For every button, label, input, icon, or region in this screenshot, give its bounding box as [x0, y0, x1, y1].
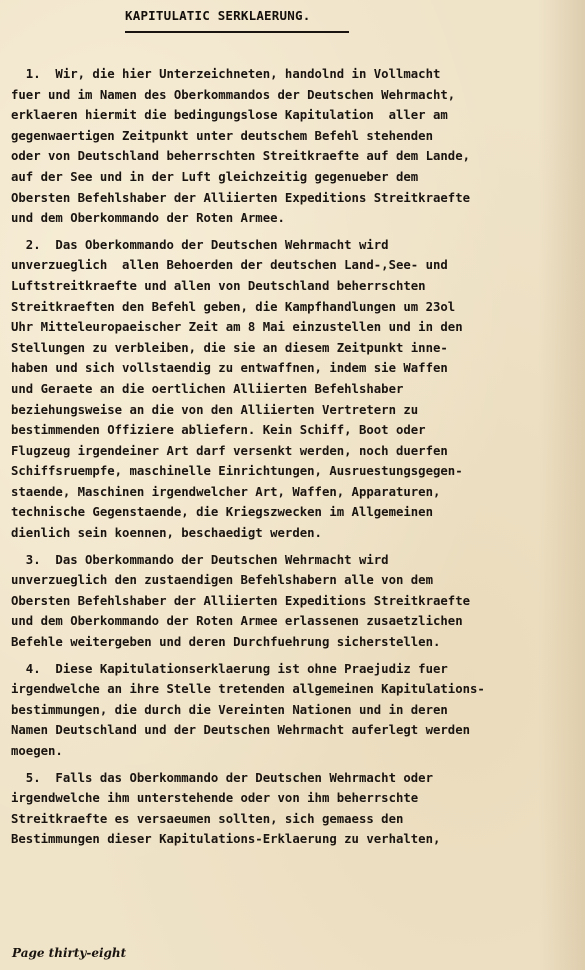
document-header: KAPITULATIC SERKLAERUNG.	[125, 8, 349, 33]
text-line: bestimmungen, die durch die Vereinten Na…	[11, 700, 571, 721]
text-line: 1. Wir, die hier Unterzeichneten, handol…	[11, 64, 571, 85]
text-line: staende, Maschinen irgendwelcher Art, Wa…	[11, 482, 571, 503]
text-line: erklaeren hiermit die bedingungslose Kap…	[11, 105, 571, 126]
text-line: dienlich sein koennen, beschaedigt werde…	[11, 523, 571, 544]
text-line: und dem Oberkommando der Roten Armee.	[11, 208, 571, 229]
text-line: fuer und im Namen des Oberkommandos der …	[11, 85, 571, 106]
document-title: KAPITULATIC SERKLAERUNG.	[125, 8, 349, 23]
paragraph-4: 4. Diese Kapitulationserklaerung ist ohn…	[11, 659, 571, 762]
text-line: 2. Das Oberkommando der Deutschen Wehrma…	[11, 235, 571, 256]
text-line: bestimmenden Offiziere abliefern. Kein S…	[11, 420, 571, 441]
paragraph-2: 2. Das Oberkommando der Deutschen Wehrma…	[11, 235, 571, 544]
text-line: unverzueglich allen Behoerden der deutsc…	[11, 255, 571, 276]
text-line: Obersten Befehlshaber der Alliierten Exp…	[11, 591, 571, 612]
text-line: 3. Das Oberkommando der Deutschen Wehrma…	[11, 550, 571, 571]
text-line: gegenwaertigen Zeitpunkt unter deutschem…	[11, 126, 571, 147]
text-line: Luftstreitkraefte und allen von Deutschl…	[11, 276, 571, 297]
text-line: und dem Oberkommando der Roten Armee erl…	[11, 611, 571, 632]
text-line: beziehungsweise an die von den Alliierte…	[11, 400, 571, 421]
text-line: Streitkraefte es versaeumen sollten, sic…	[11, 809, 571, 830]
text-line: oder von Deutschland beherrschten Streit…	[11, 146, 571, 167]
text-line: Streitkraeften den Befehl geben, die Kam…	[11, 297, 571, 318]
paragraph-3: 3. Das Oberkommando der Deutschen Wehrma…	[11, 550, 571, 653]
text-line: moegen.	[11, 741, 571, 762]
text-line: Uhr Mitteleuropaeischer Zeit am 8 Mai ei…	[11, 317, 571, 338]
text-line: 4. Diese Kapitulationserklaerung ist ohn…	[11, 659, 571, 680]
text-line: Stellungen zu verbleiben, die sie an die…	[11, 338, 571, 359]
text-line: Bestimmungen dieser Kapitulations-Erklae…	[11, 829, 571, 850]
text-line: auf der See und in der Luft gleichzeitig…	[11, 167, 571, 188]
paragraph-1: 1. Wir, die hier Unterzeichneten, handol…	[11, 64, 571, 229]
page-number: Page thirty-eight	[12, 946, 126, 960]
text-line: Schiffsruempfe, maschinelle Einrichtunge…	[11, 461, 571, 482]
text-line: Befehle weitergeben und deren Durchfuehr…	[11, 632, 571, 653]
text-line: technische Gegenstaende, die Kriegszweck…	[11, 502, 571, 523]
paragraph-5: 5. Falls das Oberkommando der Deutschen …	[11, 768, 571, 850]
text-line: Flugzeug irgendeiner Art darf versenkt w…	[11, 441, 571, 462]
title-underline	[125, 31, 349, 33]
text-line: haben und sich vollstaendig zu entwaffne…	[11, 358, 571, 379]
text-line: irgendwelche an ihre Stelle tretenden al…	[11, 679, 571, 700]
document-body: 1. Wir, die hier Unterzeichneten, handol…	[11, 64, 571, 856]
text-line: Obersten Befehlshaber der Alliierten Exp…	[11, 188, 571, 209]
text-line: 5. Falls das Oberkommando der Deutschen …	[11, 768, 571, 789]
text-line: und Geraete an die oertlichen Alliierten…	[11, 379, 571, 400]
text-line: unverzueglich den zustaendigen Befehlsha…	[11, 570, 571, 591]
text-line: Namen Deutschland und der Deutschen Wehr…	[11, 720, 571, 741]
document-page: KAPITULATIC SERKLAERUNG. 1. Wir, die hie…	[0, 0, 585, 970]
text-line: irgendwelche ihm unterstehende oder von …	[11, 788, 571, 809]
